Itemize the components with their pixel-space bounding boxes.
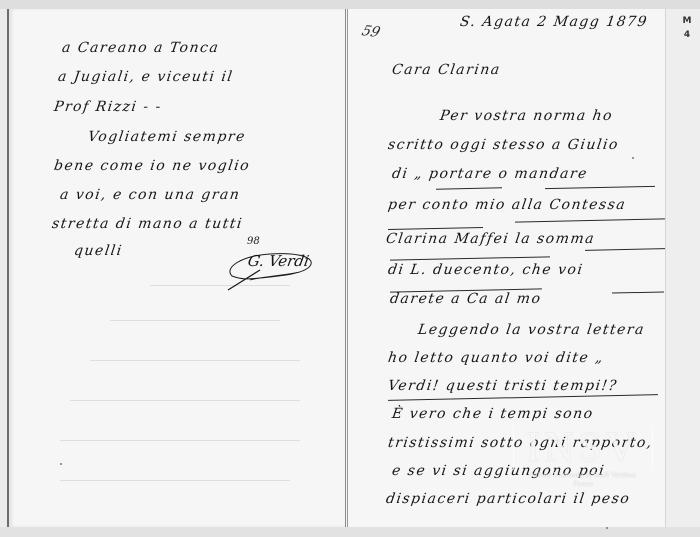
paper-speck bbox=[60, 463, 62, 465]
center-fold-line bbox=[345, 9, 346, 527]
scan-bottom-edge bbox=[0, 527, 700, 537]
bleed-through-mark bbox=[60, 440, 300, 441]
left-line-7: stretta di mano a tutti bbox=[51, 216, 244, 232]
left-line-4: Vogliatemi sempre bbox=[87, 129, 247, 145]
right-line-2: scritto oggi stesso a Giulio bbox=[387, 137, 620, 153]
archival-stamp: M 4 bbox=[679, 14, 695, 42]
right-line-1: Per vostra norma ho bbox=[439, 108, 614, 124]
right-line-11: È vero che i tempi sono bbox=[391, 406, 595, 422]
right-line-9: ho letto quanto voi dite „ bbox=[387, 350, 605, 366]
left-line-1: a Careano a Tonca bbox=[61, 40, 221, 56]
right-line-3: di „ portare o mandare bbox=[391, 166, 589, 182]
right-line-12: tristissimi sotto ogni rapporto, bbox=[387, 435, 654, 451]
right-line-4: per conto mio alla Contessa bbox=[387, 197, 627, 213]
left-line-2: a Jugiali, e viceuti il bbox=[57, 69, 235, 85]
left-line-3: Prof Rizzi - - bbox=[53, 99, 163, 115]
paper-speck bbox=[632, 157, 634, 159]
right-line-7: darete a Ca al mo bbox=[389, 291, 543, 307]
left-line-8: quelli bbox=[73, 243, 124, 259]
right-line-5: Clarina Maffei la somma bbox=[385, 231, 596, 247]
right-line-6: di L. duecento, che voi bbox=[387, 262, 585, 278]
right-line-14: dispiaceri particolari il peso bbox=[385, 491, 631, 507]
right-line-8: Leggendo la vostra lettera bbox=[417, 322, 646, 338]
left-line-6: a voi, e con una gran bbox=[59, 187, 242, 203]
dateline: S. Agata 2 Magg 1879 bbox=[459, 14, 649, 30]
right-margin-strip bbox=[665, 9, 700, 527]
right-line-10: Verdi! questi tristi tempi!? bbox=[387, 378, 619, 394]
bleed-through-mark bbox=[110, 320, 280, 321]
bleed-through-mark bbox=[70, 400, 300, 401]
signature-text: G. Verdi bbox=[246, 252, 310, 270]
scan-top-edge bbox=[0, 0, 700, 9]
bleed-through-mark bbox=[90, 360, 300, 361]
right-line-13: e se vi si aggiungono poi bbox=[391, 463, 606, 479]
left-line-5: bene come io ne voglio bbox=[53, 158, 251, 174]
signature: G. Verdi bbox=[220, 246, 320, 292]
bleed-through-mark bbox=[60, 480, 290, 481]
salutation: Cara Clarina bbox=[391, 62, 502, 78]
paper-speck bbox=[606, 527, 608, 529]
letter-scan: a Careano a Tonca a Jugiali, e viceuti i… bbox=[0, 0, 700, 537]
